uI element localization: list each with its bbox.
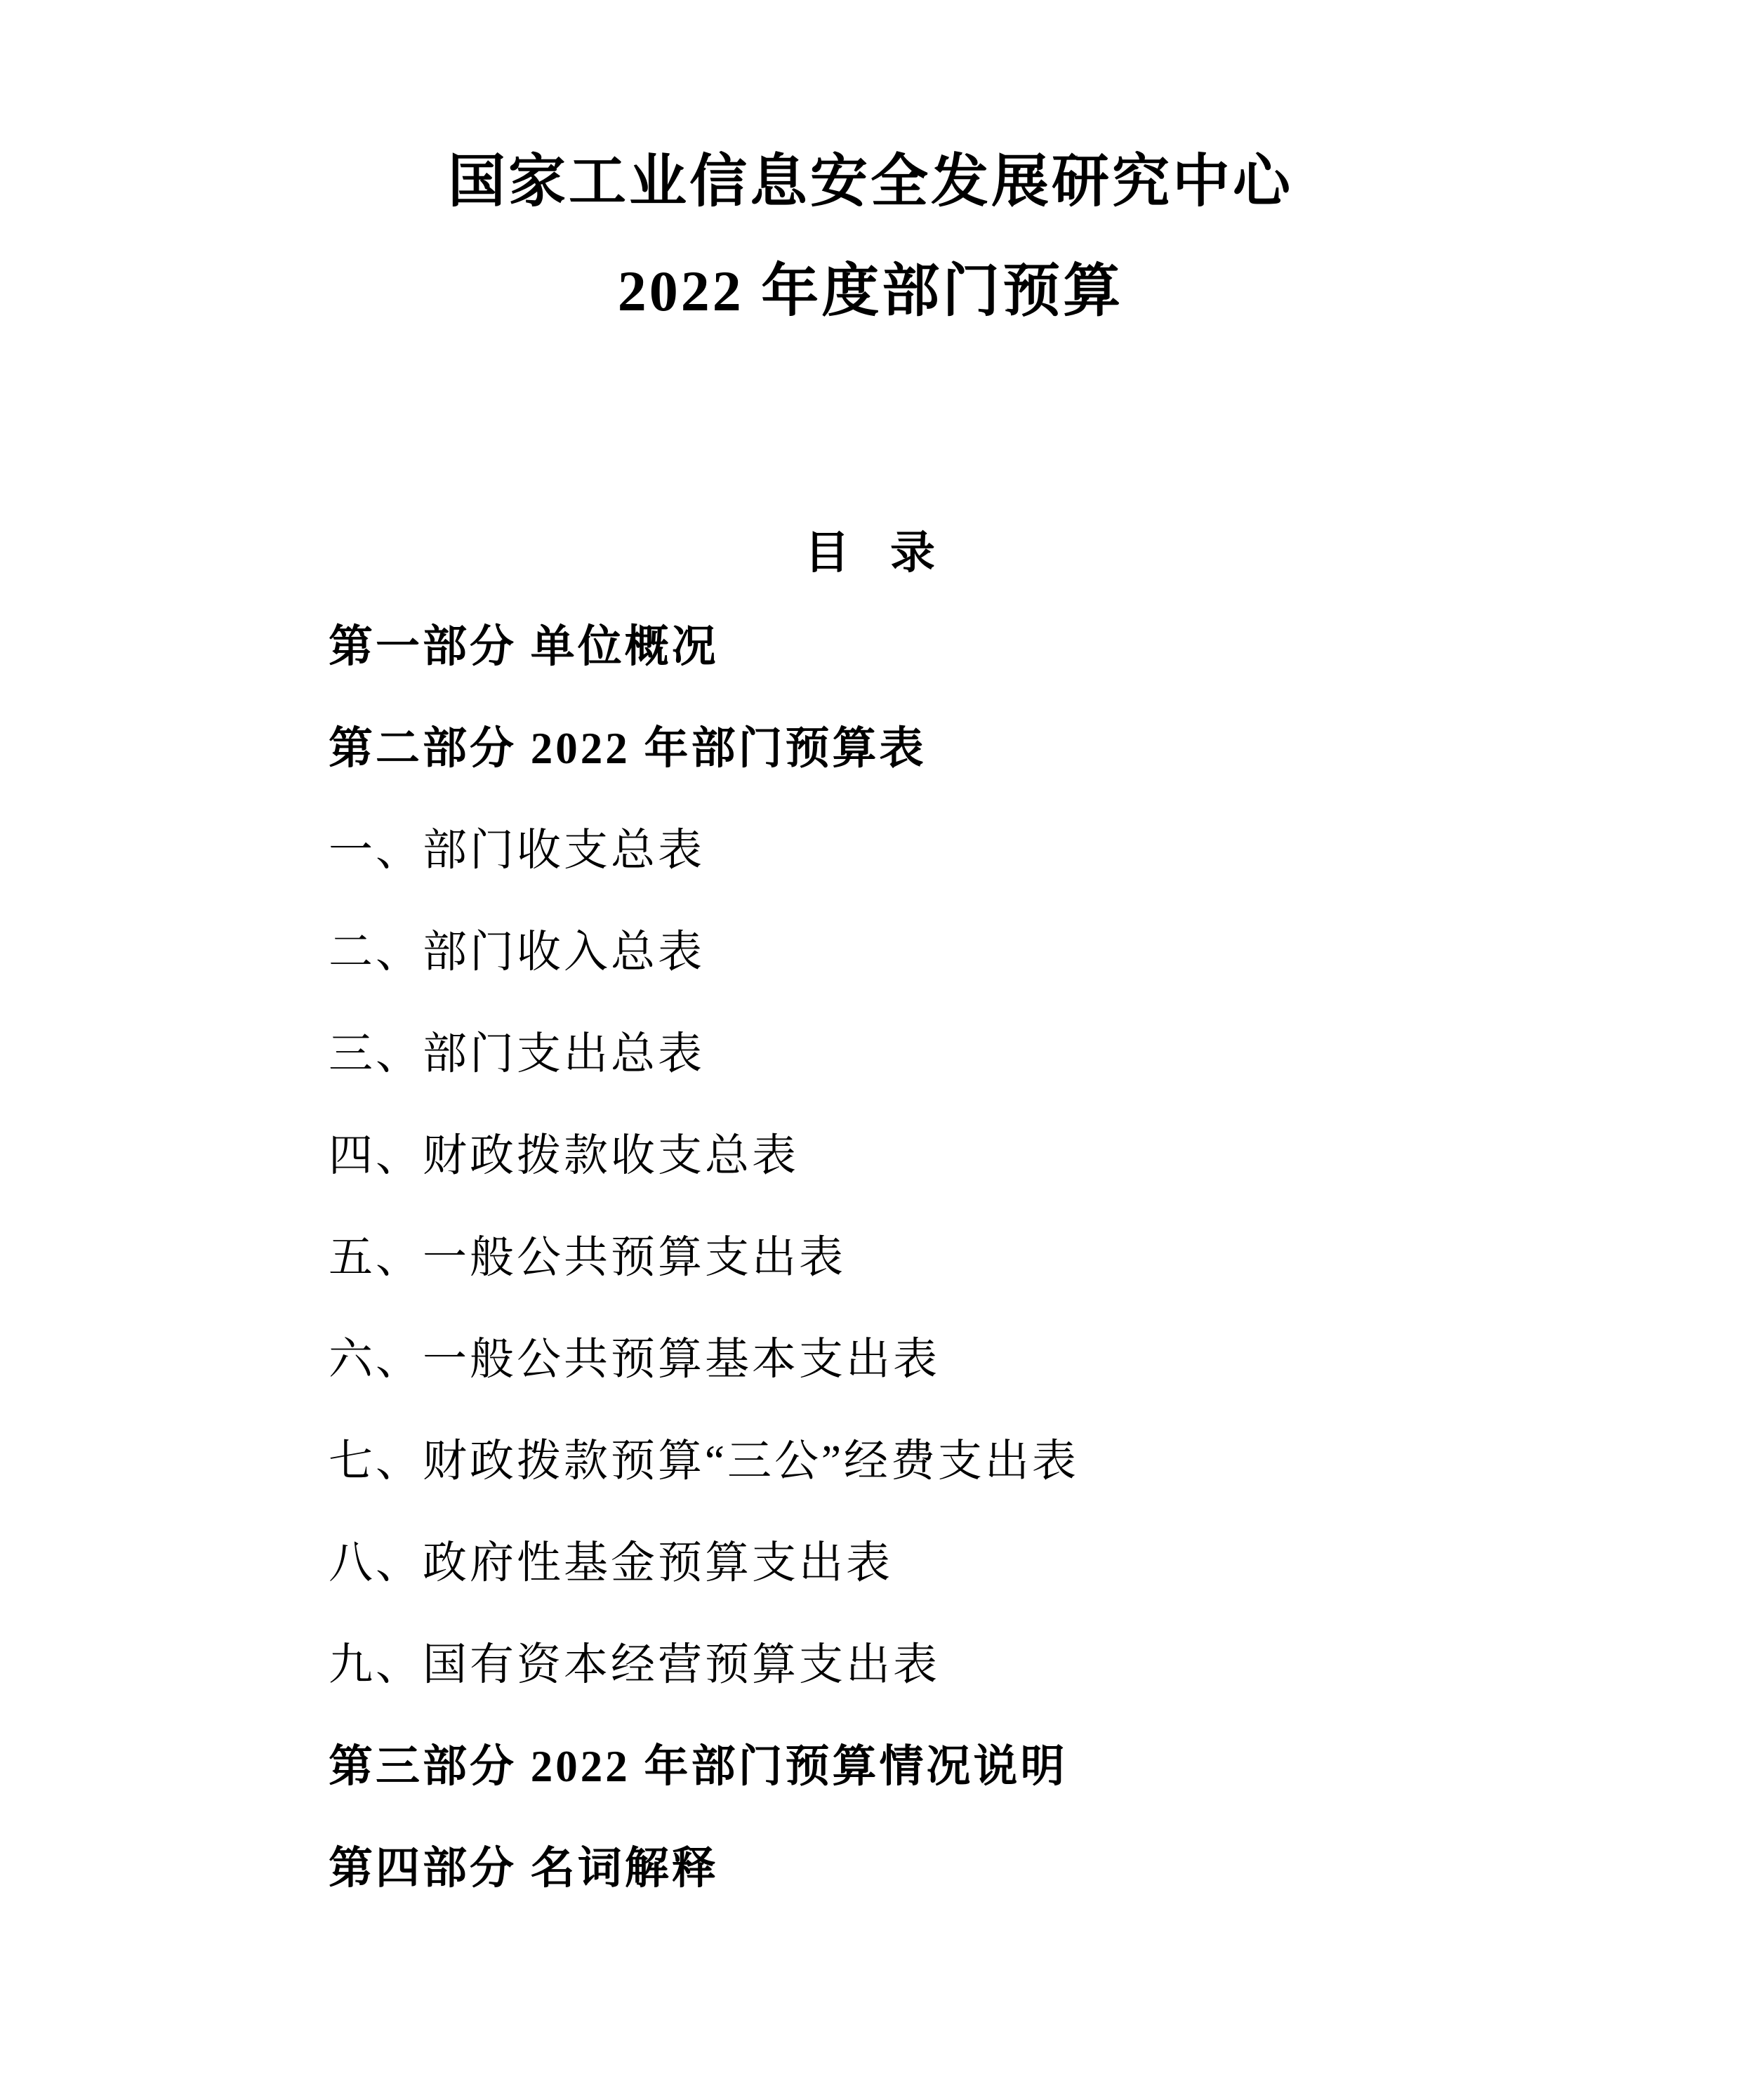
toc-item-part-3: 第三部分 2022 年部门预算情况说明 <box>329 1741 1601 1842</box>
toc-item-entry-6: 六、一般公共预算基本支出表 <box>329 1333 1601 1435</box>
toc-item-part-2: 第二部分 2022 年部门预算表 <box>329 722 1601 824</box>
toc-item-entry-3: 三、部门支出总表 <box>329 1028 1601 1130</box>
document-title-line-2: 2022 年度部门预算 <box>0 245 1741 327</box>
table-of-contents: 第一部分 单位概况 第二部分 2022 年部门预算表 一、部门收支总表 二、部门… <box>329 621 1601 1944</box>
toc-heading: 目 录 <box>0 517 1741 581</box>
toc-item-entry-4: 四、财政拨款收支总表 <box>329 1130 1601 1231</box>
toc-item-entry-7: 七、财政拨款预算“三公”经费支出表 <box>329 1435 1601 1537</box>
toc-item-entry-1: 一、部门收支总表 <box>329 824 1601 926</box>
toc-item-entry-9: 九、国有资本经营预算支出表 <box>329 1639 1601 1741</box>
toc-item-part-1: 第一部分 单位概况 <box>329 621 1601 722</box>
toc-item-entry-5: 五、一般公共预算支出表 <box>329 1231 1601 1333</box>
toc-item-part-4: 第四部分 名词解释 <box>329 1842 1601 1944</box>
document-page: 国家工业信息安全发展研究中心 2022 年度部门预算 目 录 第一部分 单位概况… <box>0 0 1741 2100</box>
toc-item-entry-2: 二、部门收入总表 <box>329 926 1601 1028</box>
toc-item-entry-8: 八、政府性基金预算支出表 <box>329 1537 1601 1639</box>
document-title-line-1: 国家工业信息安全发展研究中心 <box>0 136 1741 218</box>
